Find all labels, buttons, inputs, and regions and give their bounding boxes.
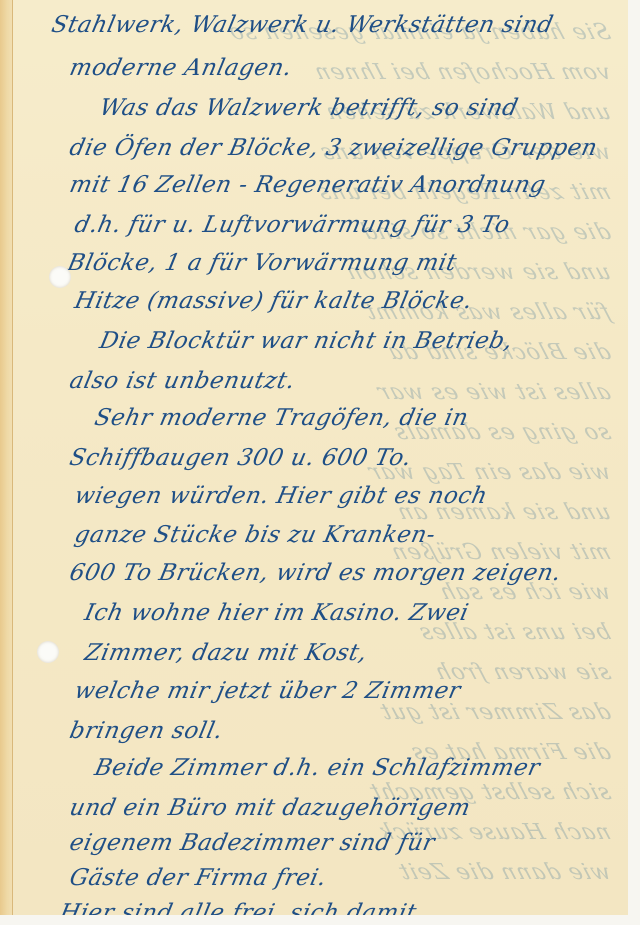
handwritten-line: Hier sind alle frei, sich damit	[57, 900, 419, 915]
punch-hole	[37, 641, 59, 663]
handwritten-text: Stahlwerk, Walzwerk u. Werkstätten sindm…	[0, 0, 628, 915]
scan-margin-bottom	[0, 915, 640, 925]
handwritten-line: bringen soll.	[67, 718, 225, 744]
scan-margin-right	[628, 0, 640, 925]
handwritten-line: Blöcke, 1 a für Vorwärmung mit	[65, 250, 459, 276]
handwritten-line: also ist unbenutzt.	[67, 368, 297, 394]
handwritten-line: eigenem Badezimmer sind für	[67, 830, 437, 856]
handwritten-line: 600 To Brücken, wird es morgen zeigen.	[67, 560, 563, 586]
handwritten-line: Die Blocktür war nicht in Betrieb,	[97, 328, 515, 354]
handwritten-line: ganze Stücke bis zu Kranken-	[72, 522, 438, 548]
handwritten-line: mit 16 Zellen - Regenerativ Anordnung	[67, 172, 548, 198]
handwritten-line: d.h. für u. Luftvorwärmung für 3 To	[72, 212, 512, 238]
handwritten-line: wiegen würden. Hier gibt es noch	[72, 483, 490, 509]
handwritten-line: Sehr moderne Tragöfen, die in	[92, 405, 471, 431]
handwritten-line: Hitze (massive) für kalte Blöcke.	[72, 288, 475, 314]
handwritten-line: die Öfen der Blöcke, 3 zweizellige Grupp…	[67, 135, 600, 161]
handwritten-line: moderne Anlagen.	[67, 55, 294, 81]
handwritten-line: Stahlwerk, Walzwerk u. Werkstätten sind	[49, 12, 556, 38]
handwritten-line: Gäste der Firma frei.	[67, 865, 329, 891]
handwritten-line: Zimmer, dazu mit Kost,	[82, 640, 369, 666]
handwritten-line: und ein Büro mit dazugehörigem	[67, 795, 473, 821]
punch-hole	[49, 266, 71, 288]
handwritten-line: Schiffbaugen 300 u. 600 To.	[67, 445, 414, 471]
handwritten-line: Beide Zimmer d.h. ein Schlafzimmer	[92, 755, 542, 781]
handwritten-line: Was das Walzwerk betrifft, so sind	[97, 95, 520, 121]
letter-sheet: Sie haben ja einmal gesehen sovom Hochof…	[0, 0, 628, 915]
handwritten-line: welche mir jetzt über 2 Zimmer	[72, 678, 463, 704]
handwritten-line: Ich wohne hier im Kasino. Zwei	[82, 600, 471, 626]
